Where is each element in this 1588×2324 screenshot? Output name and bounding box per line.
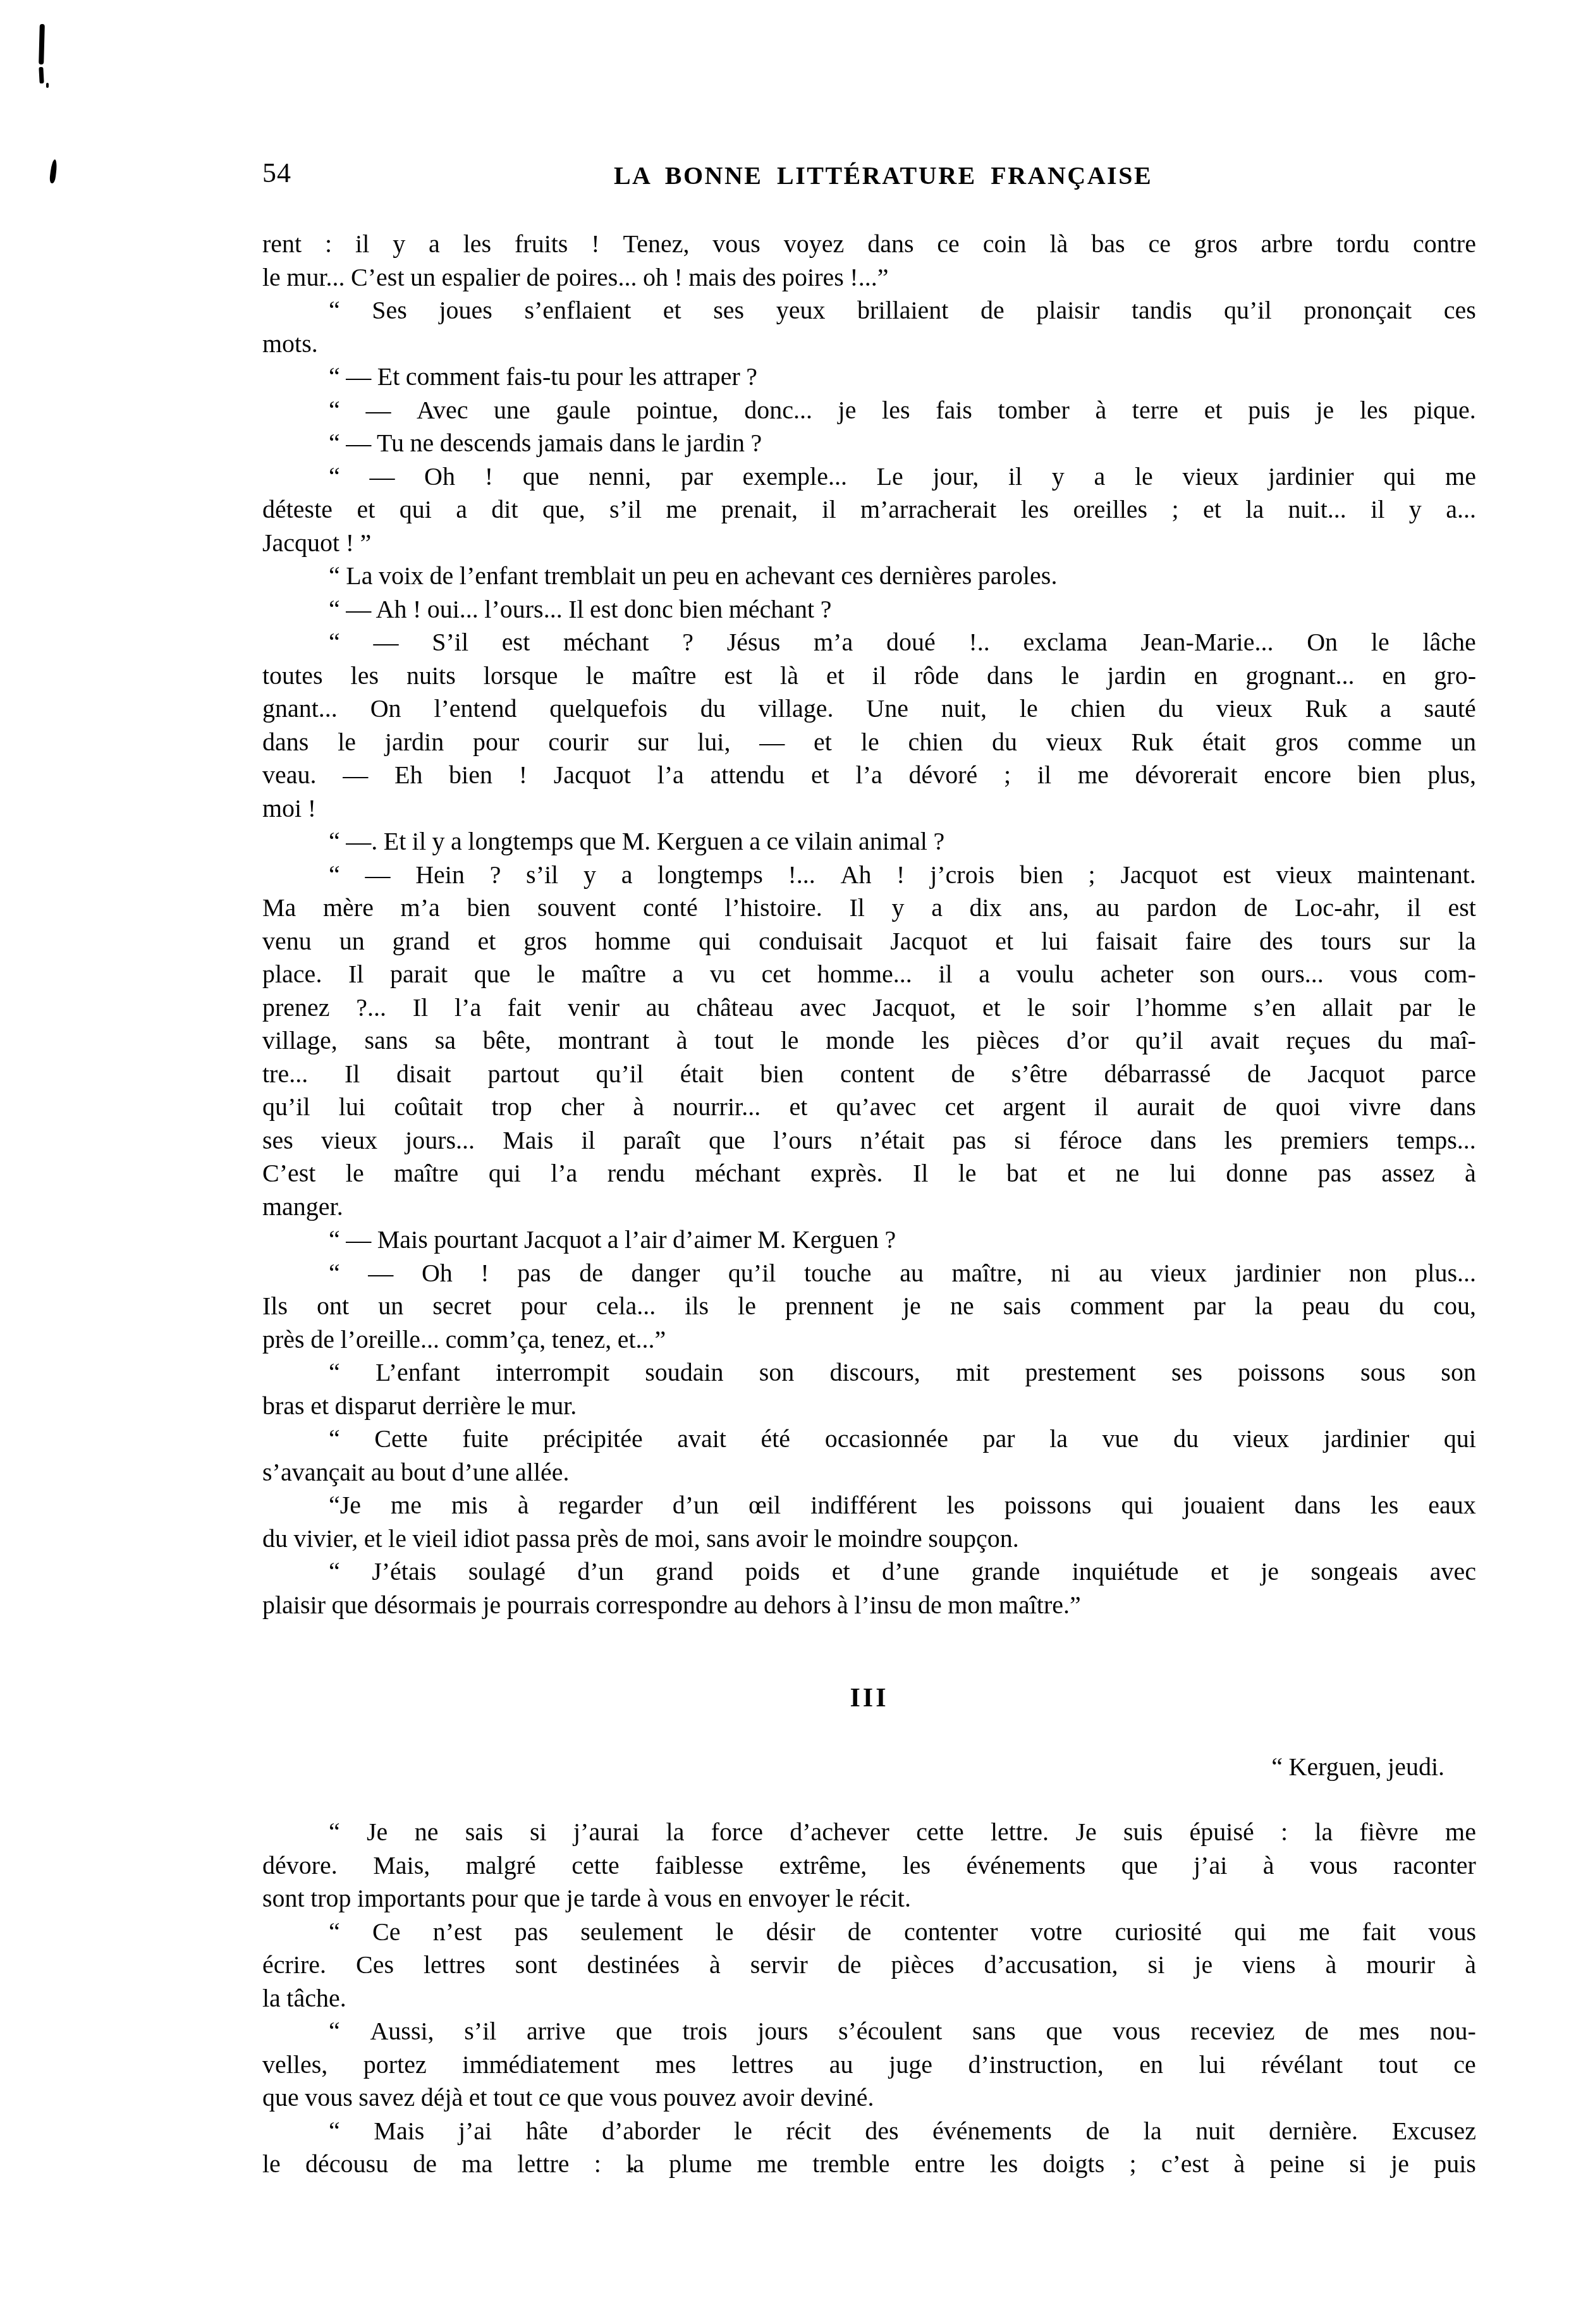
text-line: “ —. Et il y a longtemps que M. Kerguen … — [262, 825, 1476, 859]
text-line: manger. — [262, 1190, 1476, 1224]
book-page: 54 LA BONNE LITTÉRATURE FRANÇAISE rent :… — [0, 0, 1588, 2324]
running-header-title: LA BONNE LITTÉRATURE FRANÇAISE — [276, 162, 1490, 190]
paragraph: “ — Tu ne descends jamais dans le jardin… — [262, 427, 1476, 460]
text-line: “ — Et comment fais-tu pour les attraper… — [262, 360, 1476, 394]
text-line: qu’il lui coûtait trop cher à nourrir...… — [262, 1091, 1476, 1124]
text-line: du vivier, et le vieil idiot passa près … — [262, 1522, 1476, 1556]
text-line: moi ! — [262, 792, 1476, 826]
paragraph: “Je me mis à regarder d’un œil indiffére… — [262, 1489, 1476, 1555]
text-line: la tâche. — [262, 1982, 1476, 2015]
text-line: dans le jardin pour courir sur lui, — et… — [262, 726, 1476, 759]
text-line: mots. — [262, 327, 1476, 361]
text-line: sont trop importants pour que je tarde à… — [262, 1882, 1476, 1916]
text-line: “ — Avec une gaule pointue, donc... je l… — [262, 394, 1476, 427]
paragraph: “ — Oh ! pas de danger qu’il touche au m… — [262, 1257, 1476, 1357]
paragraph: “ Aussi, s’il arrive que trois jours s’é… — [262, 2015, 1476, 2115]
text-line: rent : il y a les fruits ! Tenez, vous v… — [262, 228, 1476, 261]
text-line: village, sans sa bête, montrant à tout l… — [262, 1024, 1476, 1058]
paragraph: “ —. Et il y a longtemps que M. Kerguen … — [262, 825, 1476, 859]
paragraph: “ — Ah ! oui... l’ours... Il est donc bi… — [262, 593, 1476, 627]
text-line: le mur... C’est un espalier de poires...… — [262, 261, 1476, 295]
text-line: “ Aussi, s’il arrive que trois jours s’é… — [262, 2015, 1476, 2048]
paragraph: “ Je ne sais si j’aurai la force d’achev… — [262, 1816, 1476, 1916]
text-line: “ — Oh ! que nenni, par exemple... Le jo… — [262, 460, 1476, 494]
ink-mark — [39, 67, 44, 83]
text-line: place. Il parait que le maître a vu cet … — [262, 958, 1476, 991]
text-line: que vous savez déjà et tout ce que vous … — [262, 2081, 1476, 2115]
text-line: veau. — Eh bien ! Jacquot l’a attendu et… — [262, 759, 1476, 792]
text-line: plaisir que désormais je pourrais corres… — [262, 1589, 1476, 1622]
text-line: “ J’étais soulagé d’un grand poids et d’… — [262, 1555, 1476, 1589]
paragraph: “ — Oh ! que nenni, par exemple... Le jo… — [262, 460, 1476, 560]
text-line: velles, portez immédiatement mes lettres… — [262, 2048, 1476, 2082]
text-line: “ — Oh ! pas de danger qu’il touche au m… — [262, 1257, 1476, 1290]
text-line: “ — Ah ! oui... l’ours... Il est donc bi… — [262, 593, 1476, 627]
text-line: “ La voix de l’enfant tremblait un peu e… — [262, 560, 1476, 593]
text-line: “ — S’il est méchant ? Jésus m’a doué !.… — [262, 626, 1476, 659]
text-line: “ Cette fuite précipitée avait été occas… — [262, 1422, 1476, 1456]
text-line: ses vieux jours... Mais il paraît que l’… — [262, 1124, 1476, 1158]
text-line: écrire. Ces lettres sont destinées à ser… — [262, 1948, 1476, 1982]
paragraph: “ Ses joues s’enflaient et ses yeux bril… — [262, 294, 1476, 360]
ink-mark — [49, 159, 58, 184]
section-heading: III — [262, 1682, 1476, 1715]
paragraph: “ L’enfant interrompit soudain son disco… — [262, 1356, 1476, 1422]
text-line: s’avançait au bout d’une allée. — [262, 1456, 1476, 1489]
text-line: C’est le maître qui l’a rendu méchant ex… — [262, 1157, 1476, 1190]
paragraph: rent : il y a les fruits ! Tenez, vous v… — [262, 228, 1476, 294]
text-line: “ Je ne sais si j’aurai la force d’achev… — [262, 1816, 1476, 1849]
text-line: “ — Hein ? s’il y a longtemps !... Ah ! … — [262, 859, 1476, 892]
page-header: 54 LA BONNE LITTÉRATURE FRANÇAISE — [262, 157, 1476, 195]
text-line: Jacquot ! ” — [262, 527, 1476, 560]
text-line: dévore. Mais, malgré cette faiblesse ext… — [262, 1849, 1476, 1883]
text-body: rent : il y a les fruits ! Tenez, vous v… — [262, 228, 1476, 2181]
text-line: près de l’oreille... comm’ça, tenez, et.… — [262, 1323, 1476, 1357]
text-line: “ — Mais pourtant Jacquot a l’air d’aime… — [262, 1223, 1476, 1257]
paragraph: “ Cette fuite précipitée avait été occas… — [262, 1422, 1476, 1489]
paragraph: “ La voix de l’enfant tremblait un peu e… — [262, 560, 1476, 593]
text-line: prenez ?... Il l’a fait venir au château… — [262, 991, 1476, 1025]
paragraph: “ — Avec une gaule pointue, donc... je l… — [262, 394, 1476, 427]
paragraph: “ — Hein ? s’il y a longtemps !... Ah ! … — [262, 859, 1476, 1224]
text-line: tre... Il disait partout qu’il était bie… — [262, 1058, 1476, 1091]
paragraph: “ — Mais pourtant Jacquot a l’air d’aime… — [262, 1223, 1476, 1257]
text-line: toutes les nuits lorsque le maître est l… — [262, 659, 1476, 693]
text-line: “ Ses joues s’enflaient et ses yeux bril… — [262, 294, 1476, 327]
text-line: “ L’enfant interrompit soudain son disco… — [262, 1356, 1476, 1390]
paragraph: “ — Et comment fais-tu pour les attraper… — [262, 360, 1476, 394]
text-line: Ma mère m’a bien souvent conté l’histoir… — [262, 891, 1476, 925]
text-line: le décousu de ma lettre : la plume me tr… — [262, 2148, 1476, 2181]
paragraph: “ J’étais soulagé d’un grand poids et d’… — [262, 1555, 1476, 1622]
letter-dateline: “ Kerguen, jeudi. — [262, 1751, 1476, 1784]
ink-speck — [46, 83, 49, 88]
paragraph: “ — S’il est méchant ? Jésus m’a doué !.… — [262, 626, 1476, 825]
text-line: “ Ce n’est pas seulement le désir de con… — [262, 1916, 1476, 1949]
text-line: bras et disparut derrière le mur. — [262, 1390, 1476, 1423]
text-line: “ Mais j’ai hâte d’aborder le récit des … — [262, 2115, 1476, 2148]
ink-mark — [39, 24, 45, 64]
text-line: venu un grand et gros homme qui conduisa… — [262, 925, 1476, 958]
paragraph: “ Ce n’est pas seulement le désir de con… — [262, 1916, 1476, 2015]
text-line: gnant... On l’entend quelquefois du vill… — [262, 692, 1476, 726]
text-line: Ils ont un secret pour cela... ils le pr… — [262, 1290, 1476, 1323]
paragraph: “ Mais j’ai hâte d’aborder le récit des … — [262, 2115, 1476, 2181]
text-line: “Je me mis à regarder d’un œil indiffére… — [262, 1489, 1476, 1522]
text-line: déteste et qui a dit que, s’il me prenai… — [262, 493, 1476, 527]
text-line: “ — Tu ne descends jamais dans le jardin… — [262, 427, 1476, 460]
